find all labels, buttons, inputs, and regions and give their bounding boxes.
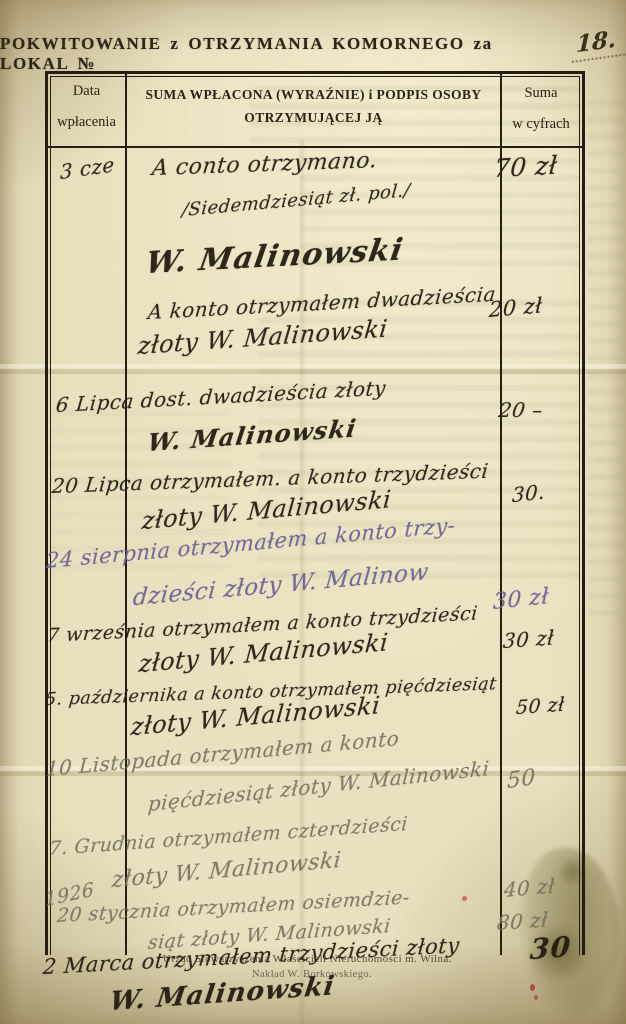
handwritten-amount: 30: [529, 930, 573, 966]
header-date-line1: Data: [48, 83, 125, 100]
handwritten-amount: 30.: [512, 479, 546, 507]
handwritten-amount: 20 zł: [488, 293, 543, 322]
header-sum-words-line1: SUMA WPŁACONA (WYRAŹNIE) i PODPIS OSOBY: [127, 87, 500, 103]
printer-credit-line: Nakład W. Borkowskiego.: [252, 969, 372, 980]
header-sum-digits-line1: Suma: [502, 85, 580, 102]
handwritten-amount: 80 zł: [496, 907, 549, 935]
handwritten-amount: 20 –: [497, 398, 544, 422]
handwritten-amount: 40 zł: [503, 873, 555, 902]
red-mark: [534, 995, 538, 1000]
table-header-row: Data wpłacenia SUMA WPŁACONA (WYRAŹNIE) …: [48, 74, 582, 148]
red-mark: [530, 984, 535, 991]
handwritten-lokal-number: 18.: [572, 24, 626, 63]
handwritten-amount: 70 zł: [493, 151, 559, 183]
header-date-line2: wpłacenia: [48, 114, 125, 131]
handwritten-amount: 50: [507, 765, 536, 794]
handwritten-amount: 30 zł: [502, 625, 555, 653]
column-separator: [500, 74, 502, 955]
document-title: POKWITOWANIE z OTRZYMANIA KOMORNEGO za L…: [0, 34, 564, 74]
scanned-receipt-page: POKWITOWANIE z OTRZYMANIA KOMORNEGO za L…: [0, 0, 626, 1024]
bleed-through-text: [588, 100, 622, 620]
handwritten-amount: 50 zł: [515, 694, 565, 720]
document-header: POKWITOWANIE z OTRZYMANIA KOMORNEGO za L…: [0, 28, 626, 74]
column-separator: [125, 74, 127, 955]
header-sum-words-line2: OTRZYMUJĄCEJ JĄ: [127, 110, 500, 126]
header-sum-digits-line2: w cyfrach: [502, 116, 580, 133]
association-stamp-line1: Urząd Stowarzyszenia Właścicieli Nieruch…: [163, 953, 452, 965]
